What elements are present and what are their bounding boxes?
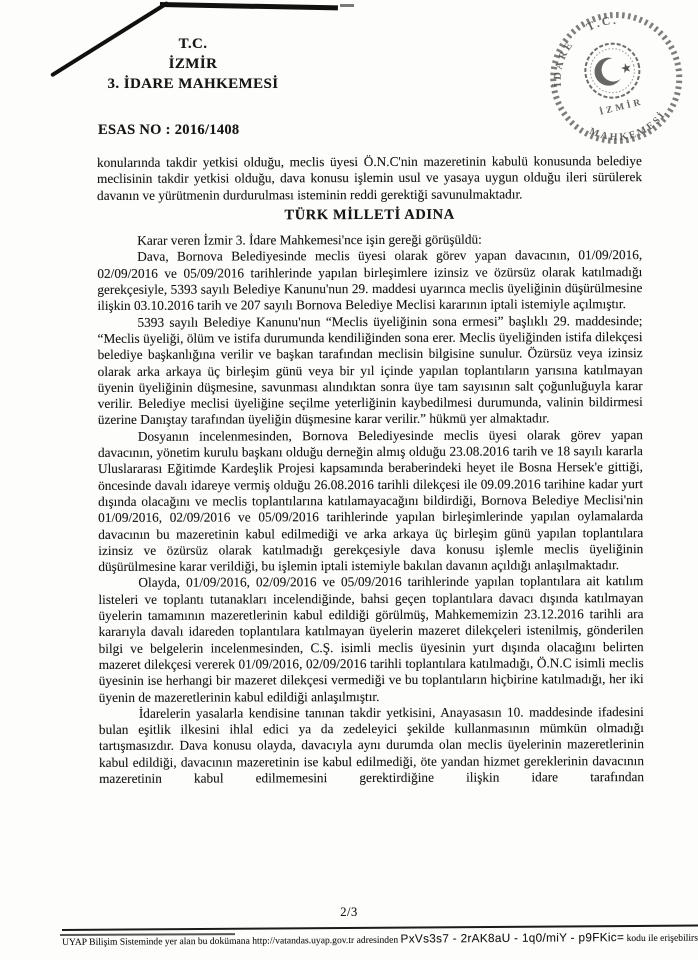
scan-edge-mark bbox=[340, 4, 354, 7]
uyap-access-suffix: kodu ile erişebilirsiniz. bbox=[624, 932, 698, 944]
seal-bottom-text: MAHKEMESİ bbox=[585, 107, 672, 152]
page-number: 2/3 bbox=[0, 905, 698, 920]
paragraph-law-article: 5393 sayılı Belediye Kanunu'nun “Meclis … bbox=[97, 313, 642, 429]
paragraph-file-review: Dosyanın incelenmesinden, Bornova Beledi… bbox=[98, 427, 644, 576]
case-number-line: ESAS NO : 2016/1408 bbox=[98, 122, 239, 139]
crescent-star-emblem: ★ bbox=[592, 52, 635, 88]
section-heading-in-the-name-of-turkish-nation: TÜRK MİLLETİ ADINA bbox=[97, 206, 642, 224]
paragraph-case-summary: Dava, Bornova Belediyesinde meclis üyesi… bbox=[97, 248, 642, 315]
court-seal-stamp: ★ İDARE T.C. MAHKEMESİ İZMİR bbox=[529, 0, 698, 161]
header-court: 3. İDARE MAHKEMESİ bbox=[98, 74, 288, 94]
paragraph-legal-assessment: İdarelerin yasalarla kendisine tanınan t… bbox=[99, 704, 644, 787]
case-number-value: 2016/1408 bbox=[175, 122, 240, 138]
seal-top-text: T.C. bbox=[584, 12, 621, 34]
scanned-court-document-page: T.C. İZMİR 3. İDARE MAHKEMESİ ★ İDARE T.… bbox=[0, 0, 698, 960]
header-city: İZMİR bbox=[98, 54, 288, 74]
scan-edge-line bbox=[160, 2, 338, 10]
case-number-label: ESAS NO : bbox=[98, 122, 171, 138]
court-header: T.C. İZMİR 3. İDARE MAHKEMESİ bbox=[98, 34, 288, 94]
decision-body: konularında takdir yetkisi olduğu, mecli… bbox=[97, 153, 644, 787]
seal-city-text: İZMİR bbox=[598, 95, 644, 117]
seal-left-text: İDARE bbox=[542, 37, 586, 89]
uyap-access-prefix: UYAP Bilişim Sisteminde yer alan bu dokü… bbox=[62, 935, 401, 948]
header-republic: T.C. bbox=[98, 34, 288, 54]
star-icon: ★ bbox=[620, 62, 633, 76]
paragraph-facts: Olayda, 01/09/2016, 02/09/2016 ve 05/09/… bbox=[98, 573, 643, 705]
paragraph-decision-intro: Karar veren İzmir 3. İdare Mahkemesi'nce… bbox=[97, 231, 642, 249]
uyap-access-code: PxVs3s7 - 2rAK8aU - 1q0/miY - p9FKic= bbox=[400, 930, 624, 946]
uyap-access-footer: UYAP Bilişim Sisteminde yer alan bu dokü… bbox=[62, 930, 698, 948]
paragraph-continuation: konularında takdir yetkisi olduğu, mecli… bbox=[97, 153, 642, 204]
